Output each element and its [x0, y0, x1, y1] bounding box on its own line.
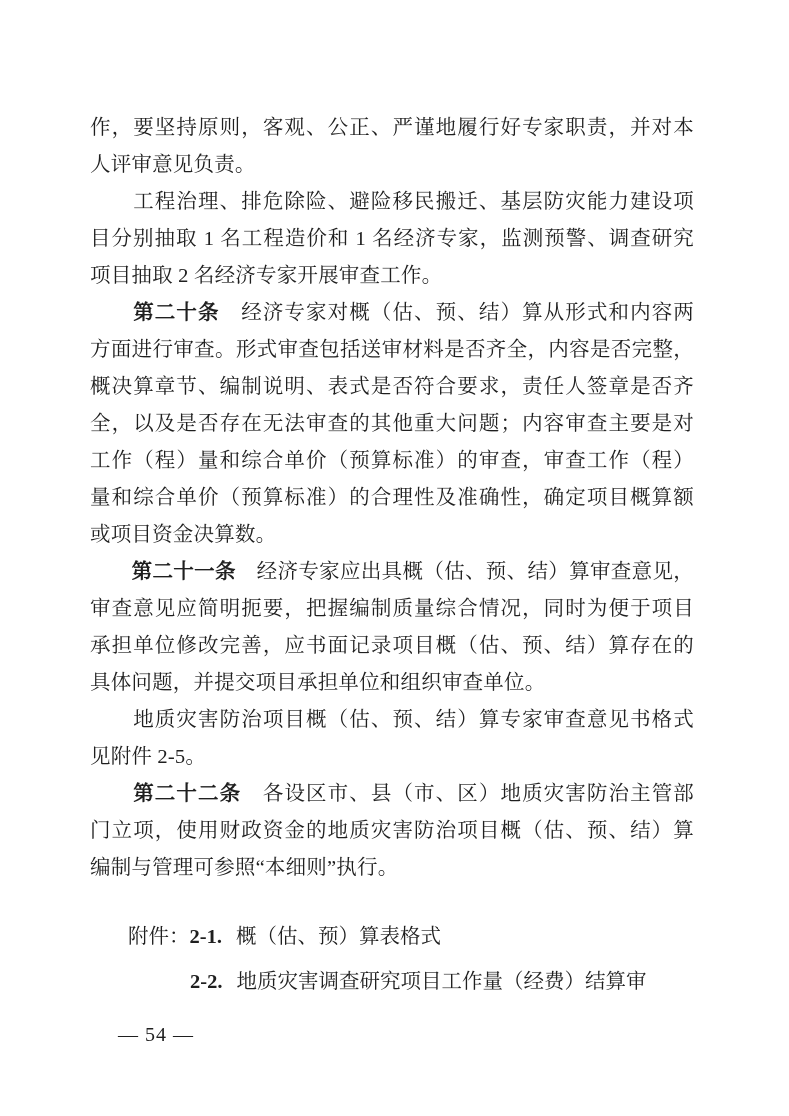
- document-line: 承担单位修改完善，应书面记录项目概（估、预、结）算存在的: [90, 628, 694, 665]
- article-20-number: 第二十条: [90, 302, 220, 324]
- line-text: 承担单位修改完善，应书面记录项目概（估、预、结）算存在的: [90, 635, 694, 657]
- line-text: 地质灾害防治项目概（估、预、结）算专家审查意见书格式: [90, 709, 694, 731]
- document-page: 作，要坚持原则，客观、公正、严谨地履行好专家职责，并对本 人评审意见负责。 工程…: [0, 0, 789, 1116]
- line-text: 或项目资金决算数。: [90, 524, 276, 546]
- line-text: 项目抽取 2 名经济专家开展审查工作。: [90, 265, 442, 287]
- document-line: 工作（程）量和综合单价（预算标准）的审查，审查工作（程）: [90, 443, 694, 480]
- line-text: 具体问题，并提交项目承担单位和组织审查单位。: [90, 672, 545, 694]
- attachment-number: 2-2.: [190, 971, 222, 993]
- document-line: 方面进行审查。形式审查包括送审材料是否齐全，内容是否完整，: [90, 332, 694, 369]
- document-line: 人评审意见负责。: [90, 147, 694, 184]
- line-text: 量和综合单价（预算标准）的合理性及准确性，确定项目概算额: [90, 487, 694, 509]
- document-line: 第二十条 经济专家对概（估、预、结）算从形式和内容两: [90, 295, 694, 332]
- line-text: 审查意见应简明扼要，把握编制质量综合情况，同时为便于项目: [90, 598, 694, 620]
- document-line: 量和综合单价（预算标准）的合理性及准确性，确定项目概算额: [90, 480, 694, 517]
- line-text: 经济专家应出具概（估、预、结）算审查意见，: [236, 561, 694, 583]
- document-line: 见附件 2-5。: [90, 739, 694, 776]
- attachment-item: 2-2.地质灾害调查研究项目工作量（经费）结算审: [90, 960, 694, 1005]
- document-line: 第二十一条 经济专家应出具概（估、预、结）算审查意见，: [90, 554, 694, 591]
- document-line: 项目抽取 2 名经济专家开展审查工作。: [90, 258, 694, 295]
- attachment-title: 概（估、预）算表格式: [236, 926, 441, 948]
- document-line: 工程治理、排危除险、避险移民搬迁、基层防灾能力建设项: [90, 184, 694, 221]
- line-text: 门立项，使用财政资金的地质灾害防治项目概（估、预、结）算: [90, 820, 694, 842]
- document-line: 全，以及是否存在无法审查的其他重大问题；内容审查主要是对: [90, 406, 694, 443]
- attachment-number: 2-1.: [190, 926, 222, 948]
- line-text: 概决算章节、编制说明、表式是否符合要求，责任人签章是否齐: [90, 376, 694, 398]
- document-line: 门立项，使用财政资金的地质灾害防治项目概（估、预、结）算: [90, 813, 694, 850]
- document-line: 编制与管理可参照“本细则”执行。: [90, 850, 694, 887]
- line-text: 工程治理、排危除险、避险移民搬迁、基层防灾能力建设项: [90, 191, 694, 213]
- article-21-number: 第二十一条: [90, 561, 236, 583]
- line-text: 作，要坚持原则，客观、公正、严谨地履行好专家职责，并对本: [90, 117, 694, 139]
- attachment-title: 地质灾害调查研究项目工作量（经费）结算审: [236, 971, 646, 993]
- document-line: 具体问题，并提交项目承担单位和组织审查单位。: [90, 665, 694, 702]
- line-text: 全，以及是否存在无法审查的其他重大问题；内容审查主要是对: [90, 413, 694, 435]
- document-line: 第二十二条 各设区市、县（市、区）地质灾害防治主管部: [90, 776, 694, 813]
- attachments-label: 附件：: [128, 926, 190, 948]
- document-line: 目分别抽取 1 名工程造价和 1 名经济专家，监测预警、调查研究: [90, 221, 694, 258]
- line-text: 各设区市、县（市、区）地质灾害防治主管部: [241, 783, 694, 805]
- page-number: — 54 —: [118, 1022, 194, 1048]
- line-text: 人评审意见负责。: [90, 154, 256, 176]
- document-line: 概决算章节、编制说明、表式是否符合要求，责任人签章是否齐: [90, 369, 694, 406]
- document-line: 审查意见应简明扼要，把握编制质量综合情况，同时为便于项目: [90, 591, 694, 628]
- attachment-item: 附件：2-1.概（估、预）算表格式: [90, 915, 694, 960]
- document-line: 作，要坚持原则，客观、公正、严谨地履行好专家职责，并对本: [90, 110, 694, 147]
- line-text: 编制与管理可参照“本细则”执行。: [90, 857, 398, 879]
- document-line: 地质灾害防治项目概（估、预、结）算专家审查意见书格式: [90, 702, 694, 739]
- line-text: 目分别抽取 1 名工程造价和 1 名经济专家，监测预警、调查研究: [90, 228, 694, 250]
- attachments-section: 附件：2-1.概（估、预）算表格式 2-2.地质灾害调查研究项目工作量（经费）结…: [90, 915, 694, 1005]
- line-text: 方面进行审查。形式审查包括送审材料是否齐全，内容是否完整，: [90, 339, 694, 361]
- line-text: 经济专家对概（估、预、结）算从形式和内容两: [220, 302, 694, 324]
- line-text: 工作（程）量和综合单价（预算标准）的审查，审查工作（程）: [90, 450, 694, 472]
- line-text: 见附件 2-5。: [90, 746, 206, 768]
- document-body: 作，要坚持原则，客观、公正、严谨地履行好专家职责，并对本 人评审意见负责。 工程…: [90, 110, 694, 1005]
- document-line: 或项目资金决算数。: [90, 517, 694, 554]
- article-22-number: 第二十二条: [90, 783, 241, 805]
